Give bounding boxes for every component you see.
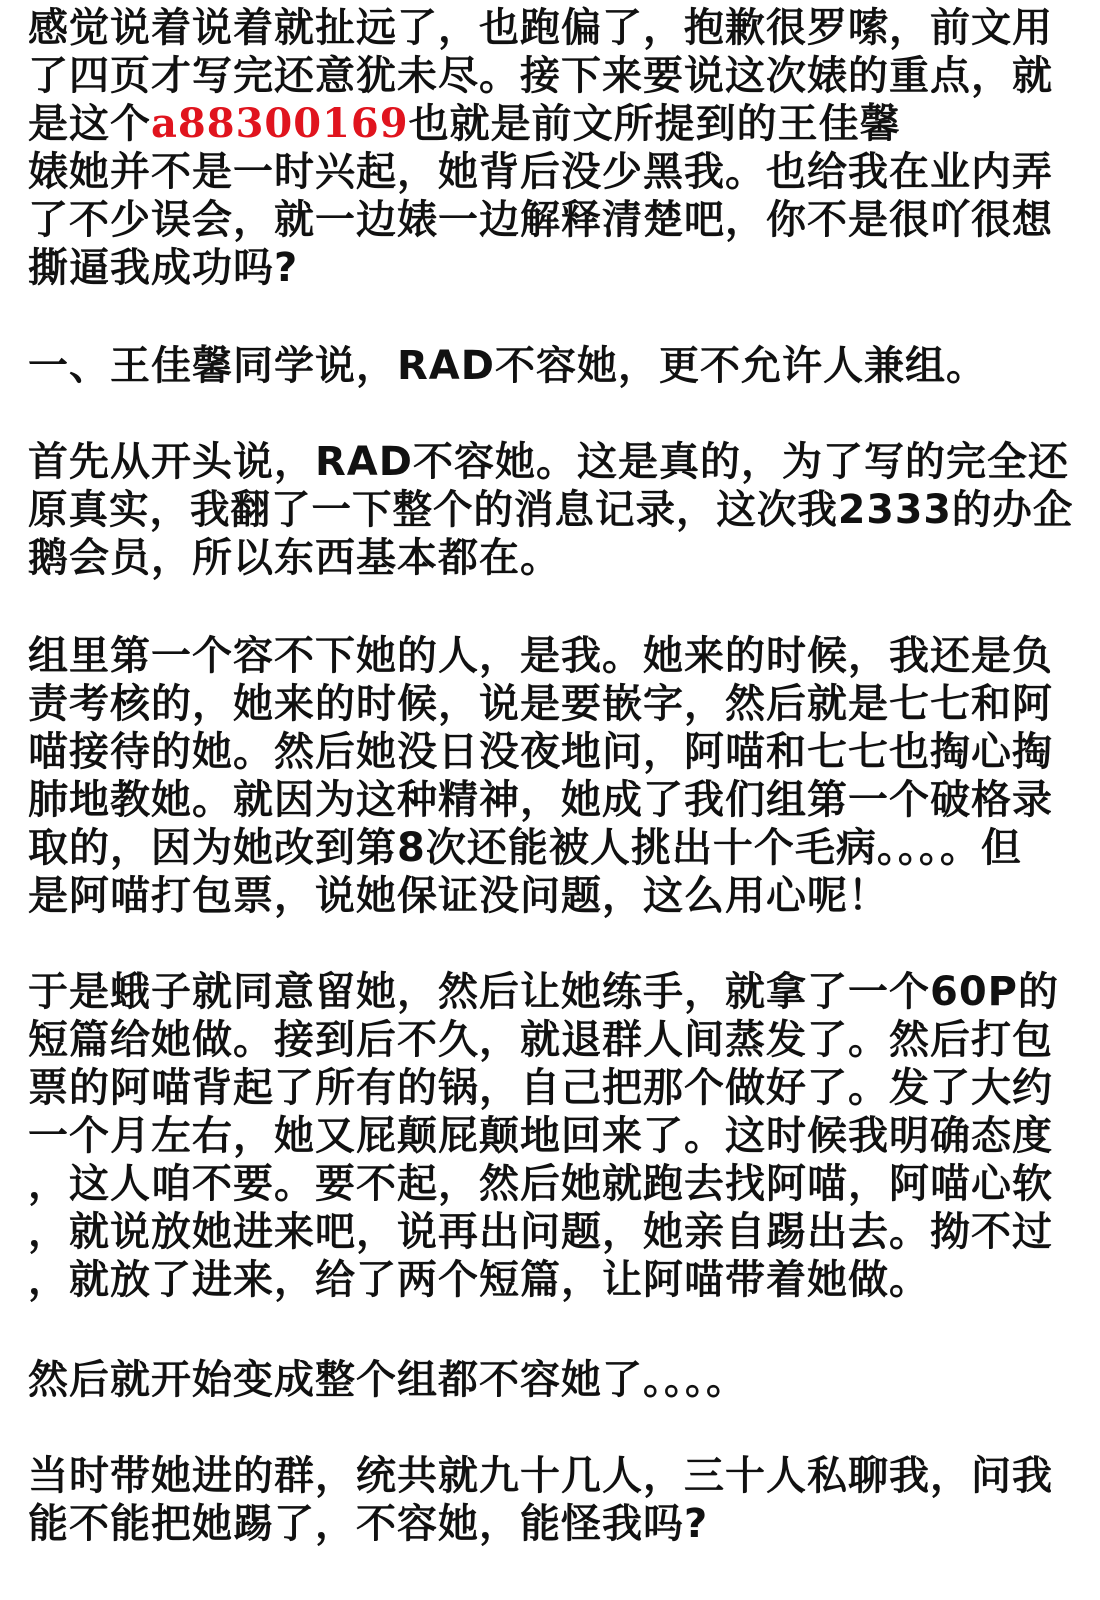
text-line: 首先从开头说，RAD不容她。这是真的，为了写的完全还 — [28, 438, 1069, 486]
text-line: 了不少误会，就一边婊一边解释清楚吧，你不是很吖很想 — [28, 196, 1053, 244]
text-line: 了四页才写完还意犹未尽。接下来要说这次婊的重点，就 — [28, 52, 1053, 100]
text-line: 短篇给她做。接到后不久，就退群人间蒸发了。然后打包 — [28, 1016, 1053, 1064]
text-line: 组里第一个容不下她的人，是我。她来的时候，我还是负 — [28, 632, 1053, 680]
text-line: 喵接待的她。然后她没日没夜地问，阿喵和七七也掏心掏 — [28, 728, 1053, 776]
highlighted-account-id: a88300169 — [151, 100, 409, 147]
text-line: 婊她并不是一时兴起，她背后没少黑我。也给我在业内弄 — [28, 148, 1053, 196]
text-line: 于是蛾子就同意留她，然后让她练手，就拿了一个60P的 — [28, 968, 1059, 1016]
text-line: 票的阿喵背起了所有的锅，自己把那个做好了。发了大约 — [28, 1064, 1053, 1112]
text-line: ，这人咱不要。要不起，然后她就跑去找阿喵，阿喵心软 — [28, 1160, 1053, 1208]
text-line: 当时带她进的群，统共就九十几人，三十人私聊我，问我 — [28, 1452, 1053, 1500]
text-line: 原真实，我翻了一下整个的消息记录，这次我2333的办企 — [28, 486, 1073, 534]
text-segment: 是这个 — [28, 101, 151, 147]
document-page: 感觉说着说着就扯远了，也跑偏了，抱歉很罗嗦，前文用 了四页才写完还意犹未尽。接下… — [0, 0, 1100, 1600]
text-line: 然后就开始变成整个组都不容她了。。。。 — [28, 1356, 747, 1404]
text-segment: 也就是前文所提到的王佳馨 — [409, 101, 901, 147]
section-heading: 一、王佳馨同学说，RAD不容她，更不允许人兼组。 — [28, 342, 987, 390]
text-line: 肺地教她。就因为这种精神，她成了我们组第一个破格录 — [28, 776, 1053, 824]
text-line: 鹅会员，所以东西基本都在。 — [28, 534, 561, 582]
text-line: 能不能把她踢了，不容她，能怪我吗? — [28, 1500, 708, 1548]
text-line: 是这个a88300169也就是前文所提到的王佳馨 — [28, 100, 901, 148]
text-line: 取的，因为她改到第8次还能被人挑出十个毛病。。。。但 — [28, 824, 1022, 872]
text-line: ，就放了进来，给了两个短篇，让阿喵带着她做。 — [28, 1256, 930, 1304]
text-line: ，就说放她进来吧，说再出问题，她亲自踢出去。拗不过 — [28, 1208, 1053, 1256]
text-line: 责考核的，她来的时候，说是要嵌字，然后就是七七和阿 — [28, 680, 1053, 728]
text-line: 是阿喵打包票，说她保证没问题，这么用心呢！ — [28, 872, 889, 920]
text-line: 感觉说着说着就扯远了，也跑偏了，抱歉很罗嗦，前文用 — [28, 4, 1053, 52]
text-line: 一个月左右，她又屁颠屁颠地回来了。这时候我明确态度 — [28, 1112, 1053, 1160]
text-line: 撕逼我成功吗? — [28, 244, 298, 292]
